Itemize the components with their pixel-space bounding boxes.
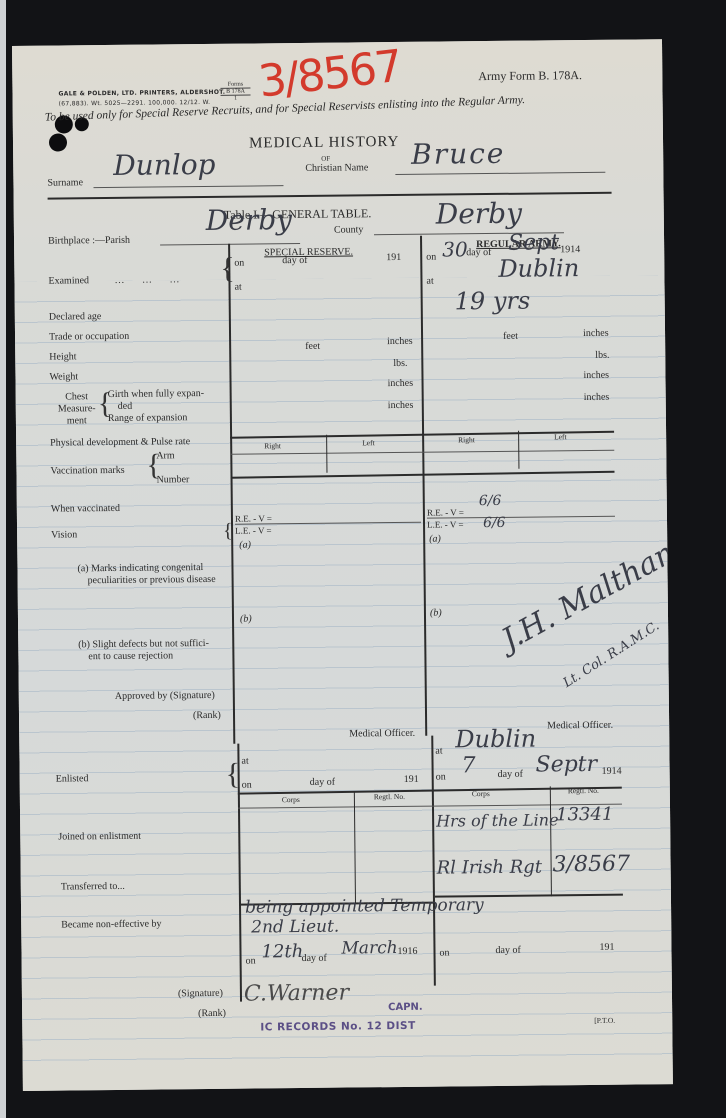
row-label-joined: Joined on enlistment	[58, 831, 141, 843]
row-label-weight: Weight	[49, 371, 78, 382]
of-label: OF	[321, 155, 330, 163]
christian-name-value[interactable]: Bruce	[411, 137, 506, 171]
ra-feet: feet	[503, 331, 518, 342]
ra-examined-day[interactable]: 30	[442, 237, 468, 261]
ra-enlisted-on: on	[436, 771, 446, 782]
christian-name-label: Christian Name	[305, 162, 368, 174]
row-label-trade: Trade or occupation	[49, 331, 129, 343]
ra-corps-header: Corps	[472, 789, 490, 798]
ra-enlisted-day-of: day of	[498, 769, 523, 780]
defects-line-2: ent to cause rejection	[78, 650, 209, 663]
row-label-non-effective: Became non-effective by	[61, 918, 161, 930]
chest-sub-labels: Girth when fully expan- ded Range of exp…	[108, 388, 205, 425]
row-label-chest: Chest Measure- ment	[58, 391, 96, 427]
row-label-physical: Physical development & Pulse rate	[50, 436, 190, 448]
ra-vision-le[interactable]: 6/6	[483, 515, 506, 531]
row-label-marks: (a) Marks indicating congenital peculiar…	[77, 562, 215, 587]
ra-transferred-regtl-no[interactable]: 3/8567	[552, 852, 630, 878]
row-label-approved: Approved by (Signature)	[115, 690, 215, 702]
row-label-transferred: Transferred to...	[61, 881, 125, 893]
girth-label: Girth when fully expan-	[108, 388, 204, 401]
form-id: Army Form B. 178A.	[478, 68, 582, 84]
birthplace-label: Birthplace :—Parish	[48, 235, 130, 247]
non-effective-reason-2[interactable]: 2nd Lieut.	[251, 917, 339, 938]
sr-regtl-header: Regtl. No.	[374, 792, 405, 801]
sr-vacc-left: Left	[362, 438, 375, 447]
ra-transferred-corps[interactable]: Rl Irish Rgt	[437, 856, 543, 878]
parish-underline	[160, 243, 300, 245]
row-label-declared-age: Declared age	[49, 311, 102, 323]
ra-examined-month[interactable]: Sept	[508, 230, 559, 256]
sr-a: (a)	[239, 540, 251, 551]
sr-corps-header: Corps	[282, 795, 300, 804]
punch-hole	[49, 133, 67, 151]
ra-enlisted-place[interactable]: Dublin	[455, 725, 536, 754]
ra-regtl-header: Regtl. No.	[568, 786, 599, 795]
ne-year[interactable]: 1916	[397, 946, 417, 957]
sr-re-v: R.E. - V =	[235, 513, 272, 523]
ra-girth-inches: inches	[583, 370, 609, 381]
ra-re-v: R.E. - V =	[427, 507, 464, 517]
ra-examined-on: on	[426, 252, 436, 263]
sr-examined-at: at	[234, 282, 241, 293]
sr-examined-on: on	[234, 258, 244, 269]
ra-enlisted-day[interactable]: 7	[461, 753, 475, 778]
surname-value[interactable]: Dunlop	[113, 148, 216, 182]
ra-enlisted-month[interactable]: Septr	[535, 752, 597, 778]
range-label: Range of expansion	[108, 412, 204, 425]
row-label-examined: Examined	[48, 275, 89, 286]
sr-enlisted-year: 191	[404, 774, 419, 785]
vaccination-arm: Arm	[156, 450, 174, 461]
sr-enlisted-day-of: day of	[310, 777, 335, 788]
non-effective-reason-1[interactable]: being appointed Temporary	[245, 895, 484, 917]
row-label-vision: Vision	[51, 529, 77, 540]
row-label-height: Height	[49, 351, 76, 362]
ra-joined-corps[interactable]: Hrs of the Line	[436, 810, 559, 830]
special-reserve-header: SPECIAL RESERVE.	[264, 246, 353, 258]
ra-ne-year: 191	[599, 942, 614, 953]
enlisted-brace: {	[225, 760, 240, 790]
girth-label-2: ded	[108, 400, 204, 413]
ra-le-v: L.E. - V =	[427, 519, 464, 529]
parish-value[interactable]: Derby	[206, 203, 292, 237]
ra-enlisted-at: at	[435, 746, 442, 757]
ne-signature[interactable]: C.Warner	[244, 981, 349, 1007]
sr-examined-year: 191	[386, 252, 401, 263]
ra-examined-place[interactable]: Dublin	[498, 254, 579, 283]
forms-sub: 1	[221, 96, 251, 102]
row-label-when-vaccinated: When vaccinated	[51, 503, 120, 515]
sr-range-inches: inches	[388, 400, 414, 411]
ra-inches: inches	[583, 328, 609, 339]
scan-edge	[0, 0, 6, 1118]
sr-enlisted-at: at	[241, 756, 248, 767]
ra-vacc-right: Right	[458, 435, 475, 444]
surname-label: Surname	[47, 177, 83, 188]
ra-b: (b)	[430, 608, 442, 619]
row-label-defects: (b) Slight defects but not suffici- ent …	[78, 638, 209, 663]
leader-dots: … … …	[114, 274, 179, 286]
christian-name-underline	[395, 172, 605, 175]
ne-day-of: day of	[302, 953, 327, 964]
sr-feet: feet	[305, 341, 320, 352]
page-title: MEDICAL HISTORY	[249, 134, 400, 153]
ra-medical-officer: Medical Officer.	[547, 720, 613, 732]
row-label-enlisted: Enlisted	[56, 773, 89, 784]
marks-line-2: peculiarities or previous disease	[78, 574, 216, 587]
ra-examined-day-of: day of	[466, 247, 491, 258]
chest-label-a: Chest	[58, 391, 96, 403]
sr-girth-inches: inches	[387, 378, 413, 389]
stamp-rank: CAPN.	[388, 1002, 423, 1013]
chest-label-b: Measure-	[58, 403, 96, 415]
sr-vacc-right: Right	[264, 441, 281, 450]
sr-le-v: L.E. - V =	[235, 525, 272, 535]
sr-b: (b)	[240, 614, 252, 625]
sr-examined-day-of: day of	[282, 255, 307, 266]
row-label-signature: (Signature)	[178, 988, 223, 999]
vision-brace: {	[223, 516, 233, 546]
defects-line-1: (b) Slight defects but not suffici-	[78, 638, 209, 651]
ne-month[interactable]: March	[341, 938, 397, 959]
stamp-records-office: IC RECORDS No. 12 DIST	[260, 1020, 416, 1034]
examined-brace: {	[220, 254, 235, 284]
ra-enlisted-year[interactable]: 1914	[602, 766, 622, 777]
county-value[interactable]: Derby	[436, 197, 522, 231]
ra-a: (a)	[429, 534, 441, 545]
vaccination-number: Number	[156, 474, 189, 485]
county-label: County	[334, 224, 364, 235]
ne-day[interactable]: 12th	[261, 941, 303, 962]
pto-label: [P.T.O.	[594, 1016, 615, 1025]
ra-lbs: lbs.	[595, 350, 609, 361]
sr-inches: inches	[387, 336, 413, 347]
forms-ref: Forms B 178A 1	[220, 82, 250, 102]
printer-line-1: GALE & POLDEN, LTD. PRINTERS, ALDERSHOT.	[58, 89, 225, 98]
row-label-rank-2: (Rank)	[198, 1008, 226, 1019]
sr-enlisted-on: on	[242, 780, 252, 791]
header-divider	[48, 192, 612, 199]
sr-lbs: lbs.	[393, 358, 407, 369]
red-file-number: 3/8567	[256, 41, 404, 108]
ra-declared-age[interactable]: 19 yrs	[455, 287, 531, 316]
ra-examined-at: at	[426, 276, 433, 287]
row-label-rank: (Rank)	[193, 710, 221, 721]
ra-range-inches: inches	[584, 392, 610, 403]
ra-vacc-left: Left	[554, 432, 567, 441]
army-form-b178a: GALE & POLDEN, LTD. PRINTERS, ALDERSHOT.…	[12, 39, 673, 1091]
ra-joined-regtl-no[interactable]: 13341	[556, 804, 613, 826]
ne-on: on	[246, 955, 256, 966]
ra-ne-day-of: day of	[495, 945, 520, 956]
row-label-vaccination: Vaccination marks	[50, 465, 124, 477]
surname-underline	[93, 185, 283, 188]
ra-vision-re[interactable]: 6/6	[479, 493, 502, 509]
chest-label-c: ment	[58, 415, 96, 427]
ra-ne-on: on	[439, 947, 449, 958]
sr-medical-officer: Medical Officer.	[349, 728, 415, 740]
